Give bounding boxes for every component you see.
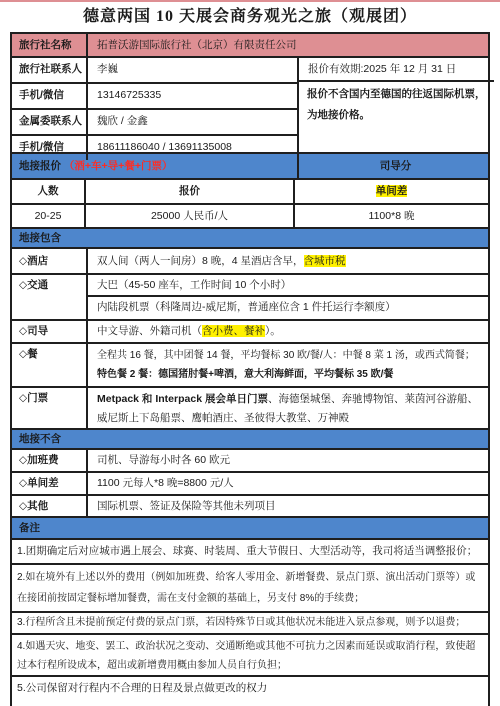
remark-5: 5.公司保留对行程内不合理的日程及景点做更改的权力 [12, 677, 488, 706]
excludes-header: 地接不含 [12, 430, 488, 450]
contact-label: 手机/微信 [12, 84, 86, 108]
remark-row: 1.团期确定后对应城市遇上展会、球赛、时装周、重大节假日、大型活动等，我司将适当… [12, 540, 488, 565]
quote-validity: 报价有效期:2025 年 12 月 31 日 [299, 58, 494, 82]
agency-name-value: 拓普沃游国际旅行社（北京）有限责任公司 [86, 34, 488, 58]
agency-name-row: 旅行社名称 拓普沃游国际旅行社（北京）有限责任公司 [12, 34, 488, 58]
pricing-header-detail: （酒+车+导+餐+门票） [64, 160, 173, 172]
transport-lines: 大巴（45-50 座车，工作时间 10 个小时） 内陆段机票（科隆周边-威尼斯，… [86, 275, 488, 319]
overtime-label: ◇加班费 [12, 450, 86, 473]
contact-label: 旅行社联系人 [12, 58, 86, 82]
quote-note: 报价不含国内至德国的往返国际机票，为地接价格。 [299, 82, 494, 152]
guide-label: ◇司导 [12, 321, 86, 344]
meals-line2: 特色餐 2 餐：德国猪肘餐+啤酒，意大利海鲜面，平均餐标 35 欧/餐 [97, 369, 393, 380]
single-supp-value: 1100 元每人*8 晚=8800 元/人 [86, 473, 488, 496]
contact-label: 金属委联系人 [12, 110, 86, 134]
exclude-row: ◇单间差 1100 元每人*8 晚=8800 元/人 [12, 473, 488, 496]
remark-4: 4.如遇天灾、地变、罢工、政治状况之变动、交通断绝或其他不可抗力之因素而延误或取… [12, 635, 488, 675]
remarks-header: 备注 [12, 518, 488, 540]
tickets-expo: Metpack 和 Interpack 展会单日门票 [97, 393, 268, 405]
remark-row: 4.如遇天灾、地变、罢工、政治状况之变动、交通断绝或其他不可抗力之因素而延误或取… [12, 635, 488, 677]
quotation-sheet: 德意两国 10 天展会商务观光之旅（观展团） 旅行社名称 拓普沃游国际旅行社（北… [0, 0, 500, 706]
pricing-header-row: 地接报价 （酒+车+导+餐+门票） 司导分 [12, 154, 488, 180]
remark-2: 2.如在境外有上述以外的费用（例如加班费、给客人零用金、新增餐费、景点门票、演出… [12, 565, 488, 611]
contact-row: 金属委联系人 魏欣 / 金鑫 [12, 110, 297, 136]
exclude-row: ◇其他 国际机票、签证及保险等其他未列项目 [12, 496, 488, 518]
meals-value: 全程共 16 餐，其中团餐 14 餐，平均餐标 30 欧/餐/人：中餐 8 菜 … [86, 344, 488, 386]
guide-value: 中文导游、外籍司机（含小费、餐补）。 [86, 321, 488, 344]
remark-3: 3.行程所含且未提前预定付费的景点门票，若因特殊节日或其他状况未能进入景点参观，… [12, 613, 488, 635]
excludes-header-row: 地接不含 [12, 430, 488, 450]
tickets-label: ◇门票 [12, 388, 86, 428]
contact-value: 13146725335 [86, 84, 297, 108]
tips-highlight: 含小费、餐补 [202, 325, 265, 337]
hotel-text: 双人间（两人一间房）8 晚，4 星酒店含早， [97, 255, 304, 267]
overtime-value: 司机、导游每小时各 60 欧元 [86, 450, 488, 473]
guide-prefix: 中文导游、外籍司机（ [97, 325, 202, 337]
city-tax-highlight: 含城市税 [304, 255, 346, 267]
exclude-row: ◇加班费 司机、导游每小时各 60 欧元 [12, 450, 488, 473]
page-title: 德意两国 10 天展会商务观光之旅（观展团） [0, 2, 500, 32]
quotation-table: 旅行社名称 拓普沃游国际旅行社（北京）有限责任公司 旅行社联系人 李巍 手机/微… [10, 32, 490, 706]
price-value: 25000 人民币/人 [84, 205, 293, 229]
col-single: 单间差 [293, 180, 488, 205]
col-price: 报价 [84, 180, 293, 205]
col-people: 人数 [12, 180, 84, 205]
include-tickets-row: ◇门票 Metpack 和 Interpack 展会单日门票、海德堡城堡、奔驰博… [12, 388, 488, 430]
meals-line1: 全程共 16 餐，其中团餐 14 餐，平均餐标 30 欧/餐/人：中餐 8 菜 … [97, 350, 475, 361]
includes-header: 地接包含 [12, 229, 488, 249]
transport-flight: 内陆段机票（科隆周边-威尼斯，普通座位含 1 件托运行李额度） [88, 297, 488, 319]
pricing-header-right: 司导分 [297, 154, 492, 180]
includes-header-row: 地接包含 [12, 229, 488, 249]
other-label: ◇其他 [12, 496, 86, 518]
tickets-value: Metpack 和 Interpack 展会单日门票、海德堡城堡、奔驰博物馆、莱… [86, 388, 488, 428]
include-meals-row: ◇餐 全程共 16 餐，其中团餐 14 餐，平均餐标 30 欧/餐/人：中餐 8… [12, 344, 488, 388]
other-value: 国际机票、签证及保险等其他未列项目 [86, 496, 488, 518]
remark-row: 5.公司保留对行程内不合理的日程及景点做更改的权力 [12, 677, 488, 706]
pricing-header-left: 地接报价 （酒+车+导+餐+门票） [12, 154, 297, 180]
hotel-label: ◇酒店 [12, 249, 86, 275]
single-supp-label: ◇单间差 [12, 473, 86, 496]
pricing-columns-row: 人数 报价 单间差 [12, 180, 488, 205]
remark-1: 1.团期确定后对应城市遇上展会、球赛、时装周、重大节假日、大型活动等，我司将适当… [12, 540, 488, 565]
agency-name-label: 旅行社名称 [12, 34, 86, 58]
transport-bus: 大巴（45-50 座车，工作时间 10 个小时） [88, 275, 488, 297]
agency-contacts-left: 旅行社联系人 李巍 手机/微信 13146725335 金属委联系人 魏欣 / … [12, 58, 297, 152]
agency-contacts-right: 报价有效期:2025 年 12 月 31 日 报价不含国内至德国的往返国际机票，… [297, 58, 494, 152]
hotel-value: 双人间（两人一间房）8 晚，4 星酒店含早，含城市税 [86, 249, 488, 275]
remark-row: 2.如在境外有上述以外的费用（例如加班费、给客人零用金、新增餐费、景点门票、演出… [12, 565, 488, 613]
contact-value: 魏欣 / 金鑫 [86, 110, 297, 134]
pricing-header-label: 地接报价 [19, 160, 61, 172]
meals-label: ◇餐 [12, 344, 86, 386]
contact-row: 旅行社联系人 李巍 [12, 58, 297, 84]
agency-contacts-block: 旅行社联系人 李巍 手机/微信 13146725335 金属委联系人 魏欣 / … [12, 58, 488, 154]
contact-row: 手机/微信 13146725335 [12, 84, 297, 110]
single-value: 1100*8 晚 [293, 205, 488, 229]
pricing-data-row: 20-25 25000 人民币/人 1100*8 晚 [12, 205, 488, 229]
single-supplement-highlight: 单间差 [376, 185, 408, 197]
include-guide-row: ◇司导 中文导游、外籍司机（含小费、餐补）。 [12, 321, 488, 344]
include-hotel-row: ◇酒店 双人间（两人一间房）8 晚，4 星酒店含早，含城市税 [12, 249, 488, 275]
remarks-header-row: 备注 [12, 518, 488, 540]
transport-label: ◇交通 [12, 275, 86, 319]
people-value: 20-25 [12, 205, 84, 229]
remark-row: 3.行程所含且未提前预定付费的景点门票，若因特殊节日或其他状况未能进入景点参观，… [12, 613, 488, 635]
guide-suffix: ）。 [265, 325, 281, 337]
contact-value: 李巍 [86, 58, 297, 82]
include-transport-row: ◇交通 大巴（45-50 座车，工作时间 10 个小时） 内陆段机票（科隆周边-… [12, 275, 488, 321]
